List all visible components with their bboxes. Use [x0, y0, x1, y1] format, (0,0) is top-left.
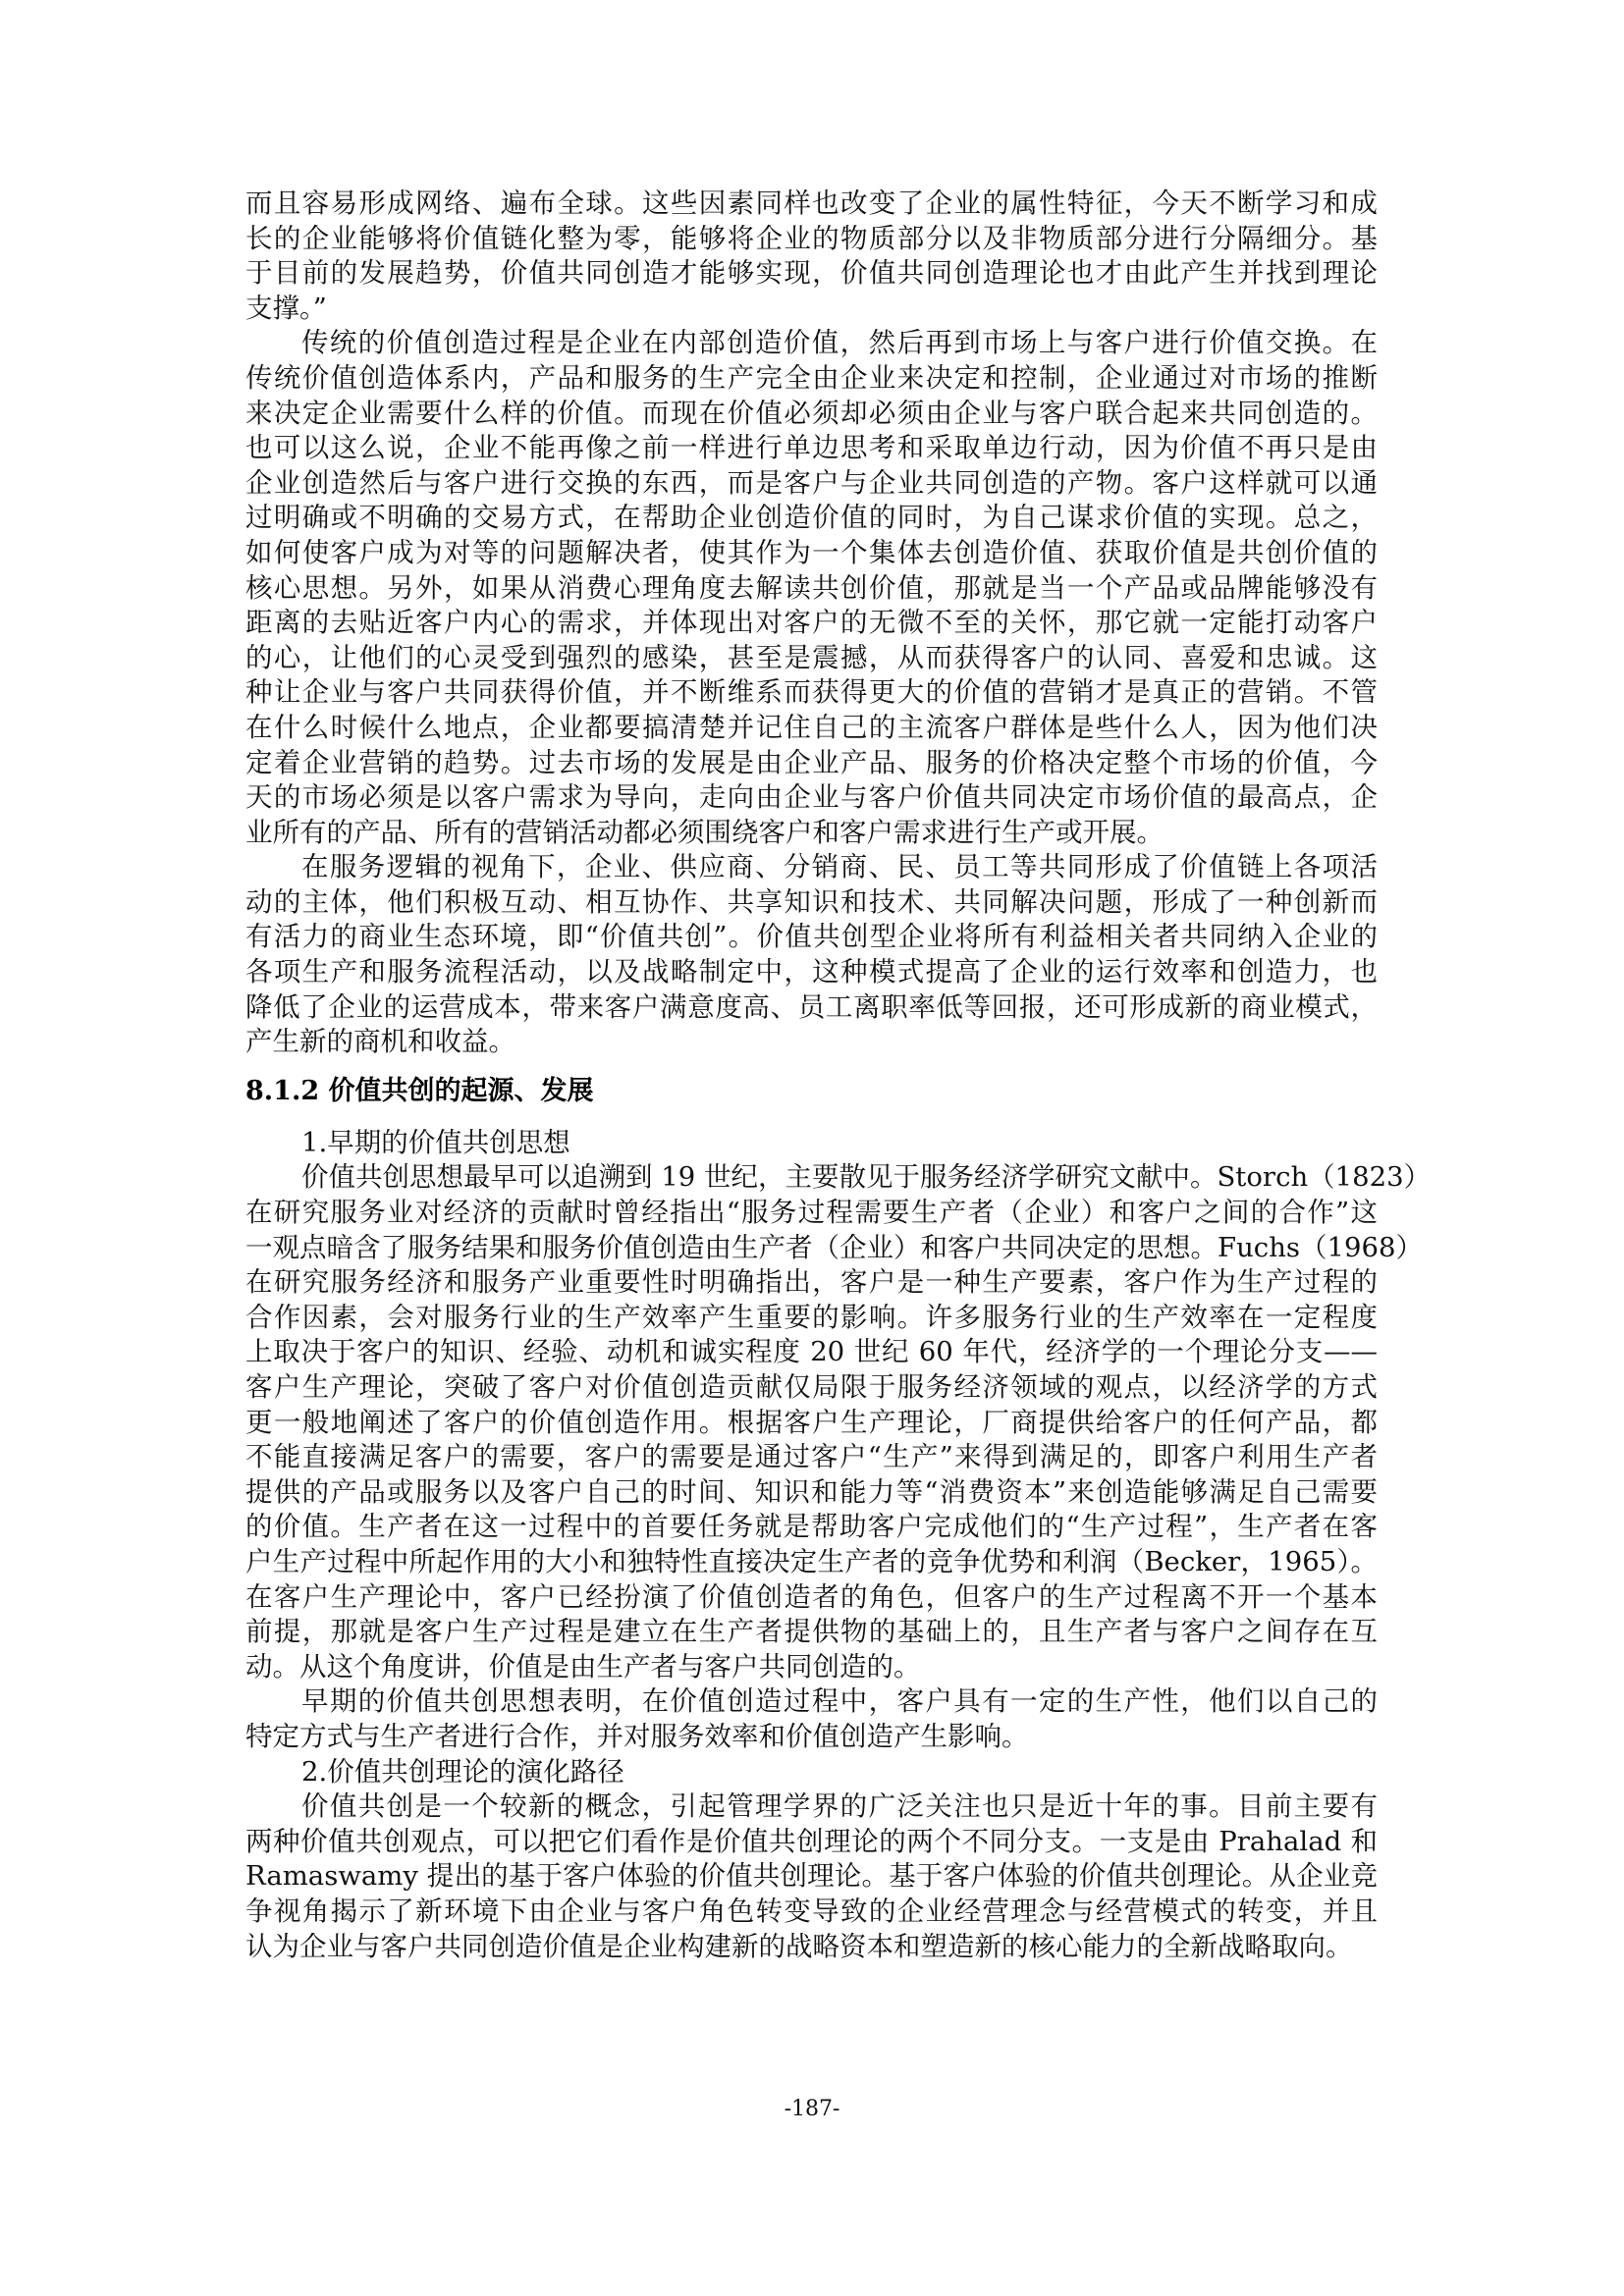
text-line: 种让企业与客户共同获得价值，并不断维系而获得更大的价值的营销才是真正的营销。不管 — [245, 675, 1378, 711]
text-line: 不能直接满足客户的需要，客户的需要是通过客户“生产”来得到满足的，即客户利用生产… — [245, 1440, 1378, 1475]
paragraph: 在服务逻辑的视角下，企业、供应商、分销商、民、员工等共同形成了价值链上各项活动的… — [245, 850, 1378, 1060]
text-line: 也可以这么说，企业不能再像之前一样进行单边思考和采取单边行动，因为价值不再只是由 — [245, 431, 1378, 466]
text-line: 而且容易形成网络、遍布全球。这些因素同样也改变了企业的属性特征，今天不断学习和成 — [245, 187, 1378, 222]
text-line: 各项生产和服务流程活动，以及战略制定中，这种模式提高了企业的运行效率和创造力，也 — [245, 955, 1378, 990]
paragraph: 而且容易形成网络、遍布全球。这些因素同样也改变了企业的属性特征，今天不断学习和成… — [245, 187, 1378, 326]
document-page: 而且容易形成网络、遍布全球。这些因素同样也改变了企业的属性特征，今天不断学习和成… — [0, 0, 1624, 2296]
text-line: 天的市场必须是以客户需求为导向，走向由企业与客户价值共同决定市场价值的最高点，企 — [245, 780, 1378, 816]
text-line: 价值共创是一个较新的概念，引起管理学界的广泛关注也只是近十年的事。目前主要有 — [245, 1789, 1378, 1825]
text-line: 降低了企业的运营成本，带来客户满意度高、员工离职率低等回报，还可形成新的商业模式… — [245, 990, 1378, 1026]
text-line: 业所有的产品、所有的营销活动都必须围绕客户和客户需求进行生产或开展。 — [245, 816, 1378, 851]
subheading: 2.价值共创理论的演化路径 — [245, 1755, 1378, 1790]
text-line: 在什么时候什么地点，企业都要搞清楚并记住自己的主流客户群体是些什么人，因为他们决 — [245, 711, 1378, 746]
text-line: 在研究服务业对经济的贡献时曾经指出“服务过程需要生产者（企业）和客户之间的合作”… — [245, 1196, 1378, 1231]
text-line: 在客户生产理论中，客户已经扮演了价值创造者的角色，但客户的生产过程离不开一个基本 — [245, 1580, 1378, 1616]
text-line: 传统的价值创造过程是企业在内部创造价值，然后再到市场上与客户进行价值交换。在 — [245, 326, 1378, 361]
body-before-heading: 而且容易形成网络、遍布全球。这些因素同样也改变了企业的属性特征，今天不断学习和成… — [245, 187, 1378, 1060]
text-line: 特定方式与生产者进行合作，并对服务效率和价值创造产生影响。 — [245, 1720, 1378, 1755]
text-line: 过明确或不明确的交易方式，在帮助企业创造价值的同时，为自己谋求价值的实现。总之， — [245, 501, 1378, 536]
text-line: 有活力的商业生态环境，即“价值共创”。价值共创型企业将所有利益相关者共同纳入企业… — [245, 920, 1378, 955]
text-line: 客户生产理论，突破了客户对价值创造贡献仅局限于服务经济领域的观点，以经济学的方式 — [245, 1370, 1378, 1406]
text-line: 动。从这个角度讲，价值是由生产者与客户共同创造的。 — [245, 1650, 1378, 1685]
text-line: Ramaswamy 提出的基于客户体验的价值共创理论。基于客户体验的价值共创理论… — [245, 1859, 1378, 1895]
text-line: 动的主体，他们积极互动、相互协作、共享知识和技术、共同解决问题，形成了一种创新而 — [245, 885, 1378, 921]
text-line: 更一般地阐述了客户的价值创造作用。根据客户生产理论，厂商提供给客户的任何产品，都 — [245, 1406, 1378, 1441]
text-line: 的心，让他们的心灵受到强烈的感染，甚至是震撼，从而获得客户的认同、喜爱和忠诚。这 — [245, 641, 1378, 676]
text-line: 定着企业营销的趋势。过去市场的发展是由企业产品、服务的价格决定整个市场的价值，今 — [245, 746, 1378, 781]
text-line: 在服务逻辑的视角下，企业、供应商、分销商、民、员工等共同形成了价值链上各项活 — [245, 850, 1378, 885]
text-column: 而且容易形成网络、遍布全球。这些因素同样也改变了企业的属性特征，今天不断学习和成… — [245, 187, 1378, 1964]
body-after-heading: 1.早期的价值共创思想价值共创思想最早可以追溯到 19 世纪，主要散见于服务经济… — [245, 1126, 1378, 1964]
text-line: 企业创造然后与客户进行交换的东西，而是客户与企业共同创造的产物。客户这样就可以通 — [245, 466, 1378, 502]
text-line: 上取决于客户的知识、经验、动机和诚实程度 20 世纪 60 年代，经济学的一个理… — [245, 1335, 1378, 1370]
section-heading: 8.1.2 价值共创的起源、发展 — [245, 1074, 1378, 1109]
text-line: 如何使客户成为对等的问题解决者，使其作为一个集体去创造价值、获取价值是共创价值的 — [245, 536, 1378, 571]
text-line: 前提，那就是客户生产过程是建立在生产者提供物的基础上的，且生产者与客户之间存在互 — [245, 1615, 1378, 1650]
text-line: 一观点暗含了服务结果和服务价值创造由生产者（企业）和客户共同决定的思想。Fuch… — [245, 1231, 1378, 1266]
subheading: 1.早期的价值共创思想 — [245, 1126, 1378, 1161]
text-line: 产生新的商机和收益。 — [245, 1025, 1378, 1060]
paragraph: 价值共创是一个较新的概念，引起管理学界的广泛关注也只是近十年的事。目前主要有两种… — [245, 1789, 1378, 1964]
text-line: 2.价值共创理论的演化路径 — [245, 1755, 1378, 1790]
text-line: 传统价值创造体系内，产品和服务的生产完全由企业来决定和控制，企业通过对市场的推断 — [245, 361, 1378, 397]
page-number: -187- — [0, 2097, 1624, 2121]
paragraph: 早期的价值共创思想表明，在价值创造过程中，客户具有一定的生产性，他们以自己的特定… — [245, 1684, 1378, 1754]
text-line: 提供的产品或服务以及客户自己的时间、知识和能力等“消费资本”来创造能够满足自己需… — [245, 1475, 1378, 1511]
paragraph: 价值共创思想最早可以追溯到 19 世纪，主要散见于服务经济学研究文献中。Stor… — [245, 1160, 1378, 1684]
text-line: 争视角揭示了新环境下由企业与客户角色转变导致的企业经营理念与经营模式的转变，并且 — [245, 1895, 1378, 1930]
text-line: 合作因素，会对服务行业的生产效率产生重要的影响。许多服务行业的生产效率在一定程度 — [245, 1301, 1378, 1336]
text-line: 两种价值共创观点，可以把它们看作是价值共创理论的两个不同分支。一支是由 Prah… — [245, 1825, 1378, 1860]
text-line: 认为企业与客户共同创造价值是企业构建新的战略资本和塑造新的核心能力的全新战略取向… — [245, 1930, 1378, 1965]
text-line: 的价值。生产者在这一过程中的首要任务就是帮助客户完成他们的“生产过程”，生产者在… — [245, 1510, 1378, 1545]
text-line: 支撑。” — [245, 292, 1378, 327]
text-line: 价值共创思想最早可以追溯到 19 世纪，主要散见于服务经济学研究文献中。Stor… — [245, 1160, 1378, 1196]
text-line: 于目前的发展趋势，价值共同创造才能够实现，价值共同创造理论也才由此产生并找到理论 — [245, 256, 1378, 292]
text-line: 距离的去贴近客户内心的需求，并体现出对客户的无微不至的关怀，那它就一定能打动客户 — [245, 606, 1378, 641]
text-line: 核心思想。另外，如果从消费心理角度去解读共创价值，那就是当一个产品或品牌能够没有 — [245, 571, 1378, 607]
text-line: 来决定企业需要什么样的价值。而现在价值必须却必须由企业与客户联合起来共同创造的。 — [245, 397, 1378, 432]
text-line: 户生产过程中所起作用的大小和独特性直接决定生产者的竞争优势和利润（Becker，… — [245, 1545, 1378, 1580]
text-line: 早期的价值共创思想表明，在价值创造过程中，客户具有一定的生产性，他们以自己的 — [245, 1684, 1378, 1720]
text-line: 在研究服务经济和服务产业重要性时明确指出，客户是一种生产要素，客户作为生产过程的 — [245, 1265, 1378, 1301]
text-line: 1.早期的价值共创思想 — [245, 1126, 1378, 1161]
paragraph: 传统的价值创造过程是企业在内部创造价值，然后再到市场上与客户进行价值交换。在传统… — [245, 326, 1378, 850]
text-line: 长的企业能够将价值链化整为零，能够将企业的物质部分以及非物质部分进行分隔细分。基 — [245, 222, 1378, 257]
